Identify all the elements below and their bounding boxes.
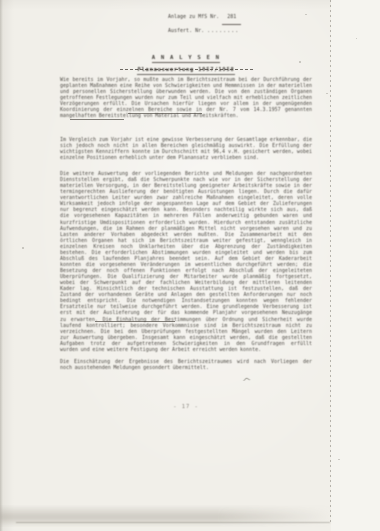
text-line: kurzfristige Umdispositionen erforderlic… <box>60 220 312 226</box>
ink-speck <box>299 61 301 63</box>
text-line: Aufgaben trotz der aufgetretenen Schwier… <box>60 341 312 347</box>
text-line: laufend kontrolliert; besondere Vorkommn… <box>60 323 312 329</box>
paragraph-2: Im Vergleich zum Vorjahr ist eine gewiss… <box>60 137 312 161</box>
text-line: Lasten anderer Vorhaben abgedeckt werden… <box>60 232 312 238</box>
ink-speck <box>305 14 307 15</box>
page-bottom-edge-line <box>16 522 330 523</box>
page-number: - 17 - <box>60 404 312 410</box>
header-copy-label: Ausfert. Nr. <box>168 28 204 34</box>
ink-speck <box>356 38 357 39</box>
text-line: bestehen. Die erforderlichen Abstimmunge… <box>60 250 312 256</box>
page-left-edge-shadow <box>0 0 3 531</box>
scan-margin-strip <box>331 0 380 531</box>
typed-underline <box>70 119 124 120</box>
scanned-document-page: Anlage zu MfS Nr. 281 Ausfert. Nr. .....… <box>0 0 380 531</box>
text-line: erst mit der Auslieferung der für das ko… <box>60 310 312 316</box>
header-copy-number-dots: ........ <box>207 25 239 38</box>
paragraph-3: Die weitere Auswertung der vorliegenden … <box>60 171 312 353</box>
header-reference-label: Anlage zu MfS Nr. <box>168 14 219 20</box>
paragraph-4: Die Einschätzung der Ergebnisse des Beri… <box>60 359 312 371</box>
text-line: noch ausstehenden Meldungen gesondert üb… <box>60 365 312 371</box>
scan-bottom-shadow <box>0 505 334 527</box>
document-subtitle-block: Planauswertung 1957/1958 <box>60 56 312 75</box>
header-copy-line: Ausfert. Nr. ........ <box>168 25 318 38</box>
photocopy-edge-line <box>330 0 331 524</box>
typed-underline <box>128 113 202 114</box>
text-line: Aufwendungen, die im Rahmen der planmäßi… <box>60 226 312 232</box>
text-line: zur Auswertung übergeben. Insgesamt kann… <box>60 335 312 341</box>
pencil-tick-mark: ^ <box>242 377 252 389</box>
text-line: örtlichen Organen hat sich im Berichtsze… <box>60 238 312 244</box>
header-reference-number: 281 <box>222 11 241 25</box>
text-line: verzeichnen. Die bei den Überprüfungen f… <box>60 329 312 335</box>
ink-speck <box>22 247 24 249</box>
ink-speck <box>326 93 328 94</box>
text-line: die vorgesehenen Kapazitäten in mehreren… <box>60 213 312 219</box>
header-reference-line: Anlage zu MfS Nr. 281 <box>168 11 318 25</box>
dotted-rule <box>120 69 254 70</box>
text-line: einzelnen Kreisen noch Unklarheiten über… <box>60 244 312 250</box>
ink-speck <box>338 459 340 460</box>
typed-underline <box>95 321 175 322</box>
text-line: einzelne Positionen erheblich unter dem … <box>60 155 312 161</box>
text-line: wurden und eine weitere Festigung der Ar… <box>60 347 312 353</box>
document-header: Anlage zu MfS Nr. 281 Ausfert. Nr. .....… <box>168 11 318 38</box>
